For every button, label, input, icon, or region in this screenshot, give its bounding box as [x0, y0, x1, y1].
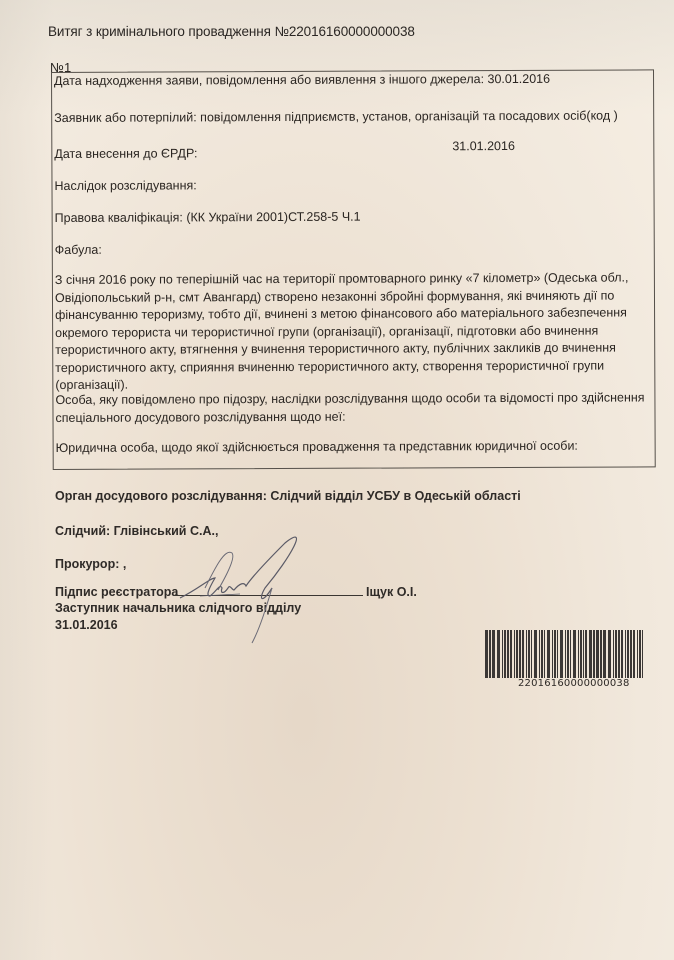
registrar-name: Іщук О.І.	[366, 585, 417, 599]
receipt-date: Дата надходження заяви, повідомлення або…	[54, 72, 550, 88]
legal-entity: Юридична особа, щодо якої здійснюється п…	[56, 439, 578, 455]
erdr-date: 31.01.2016	[452, 139, 515, 153]
signed-date: 31.01.2016	[55, 618, 118, 632]
applicant: Заявник або потерпілий: повідомлення під…	[54, 109, 618, 125]
investigation-body: Орган досудового розслідування: Слідчий …	[55, 489, 521, 503]
registrar-label: Підпис реєстратора	[55, 585, 178, 599]
barcode	[485, 630, 645, 678]
plot-label: Фабула:	[55, 243, 102, 257]
suspect-info: Особа, яку повідомлено про підозру, насл…	[55, 389, 653, 427]
erdr-label: Дата внесення до ЄРДР:	[54, 146, 197, 161]
barcode-number: 22016160000000038	[518, 678, 630, 689]
legal-qualification: Правова кваліфікація: (КК України 2001)С…	[55, 210, 361, 225]
record-box: Дата надходження заяви, повідомлення або…	[51, 69, 656, 470]
investigation-result: Наслідок розслідування:	[54, 178, 196, 193]
plot-text: З січня 2016 року по теперішній час на т…	[55, 269, 654, 394]
prosecutor: Прокурор: ,	[55, 557, 126, 571]
handwritten-signature	[170, 528, 370, 648]
document-title: Витяг з кримінального провадження №22016…	[48, 24, 415, 39]
